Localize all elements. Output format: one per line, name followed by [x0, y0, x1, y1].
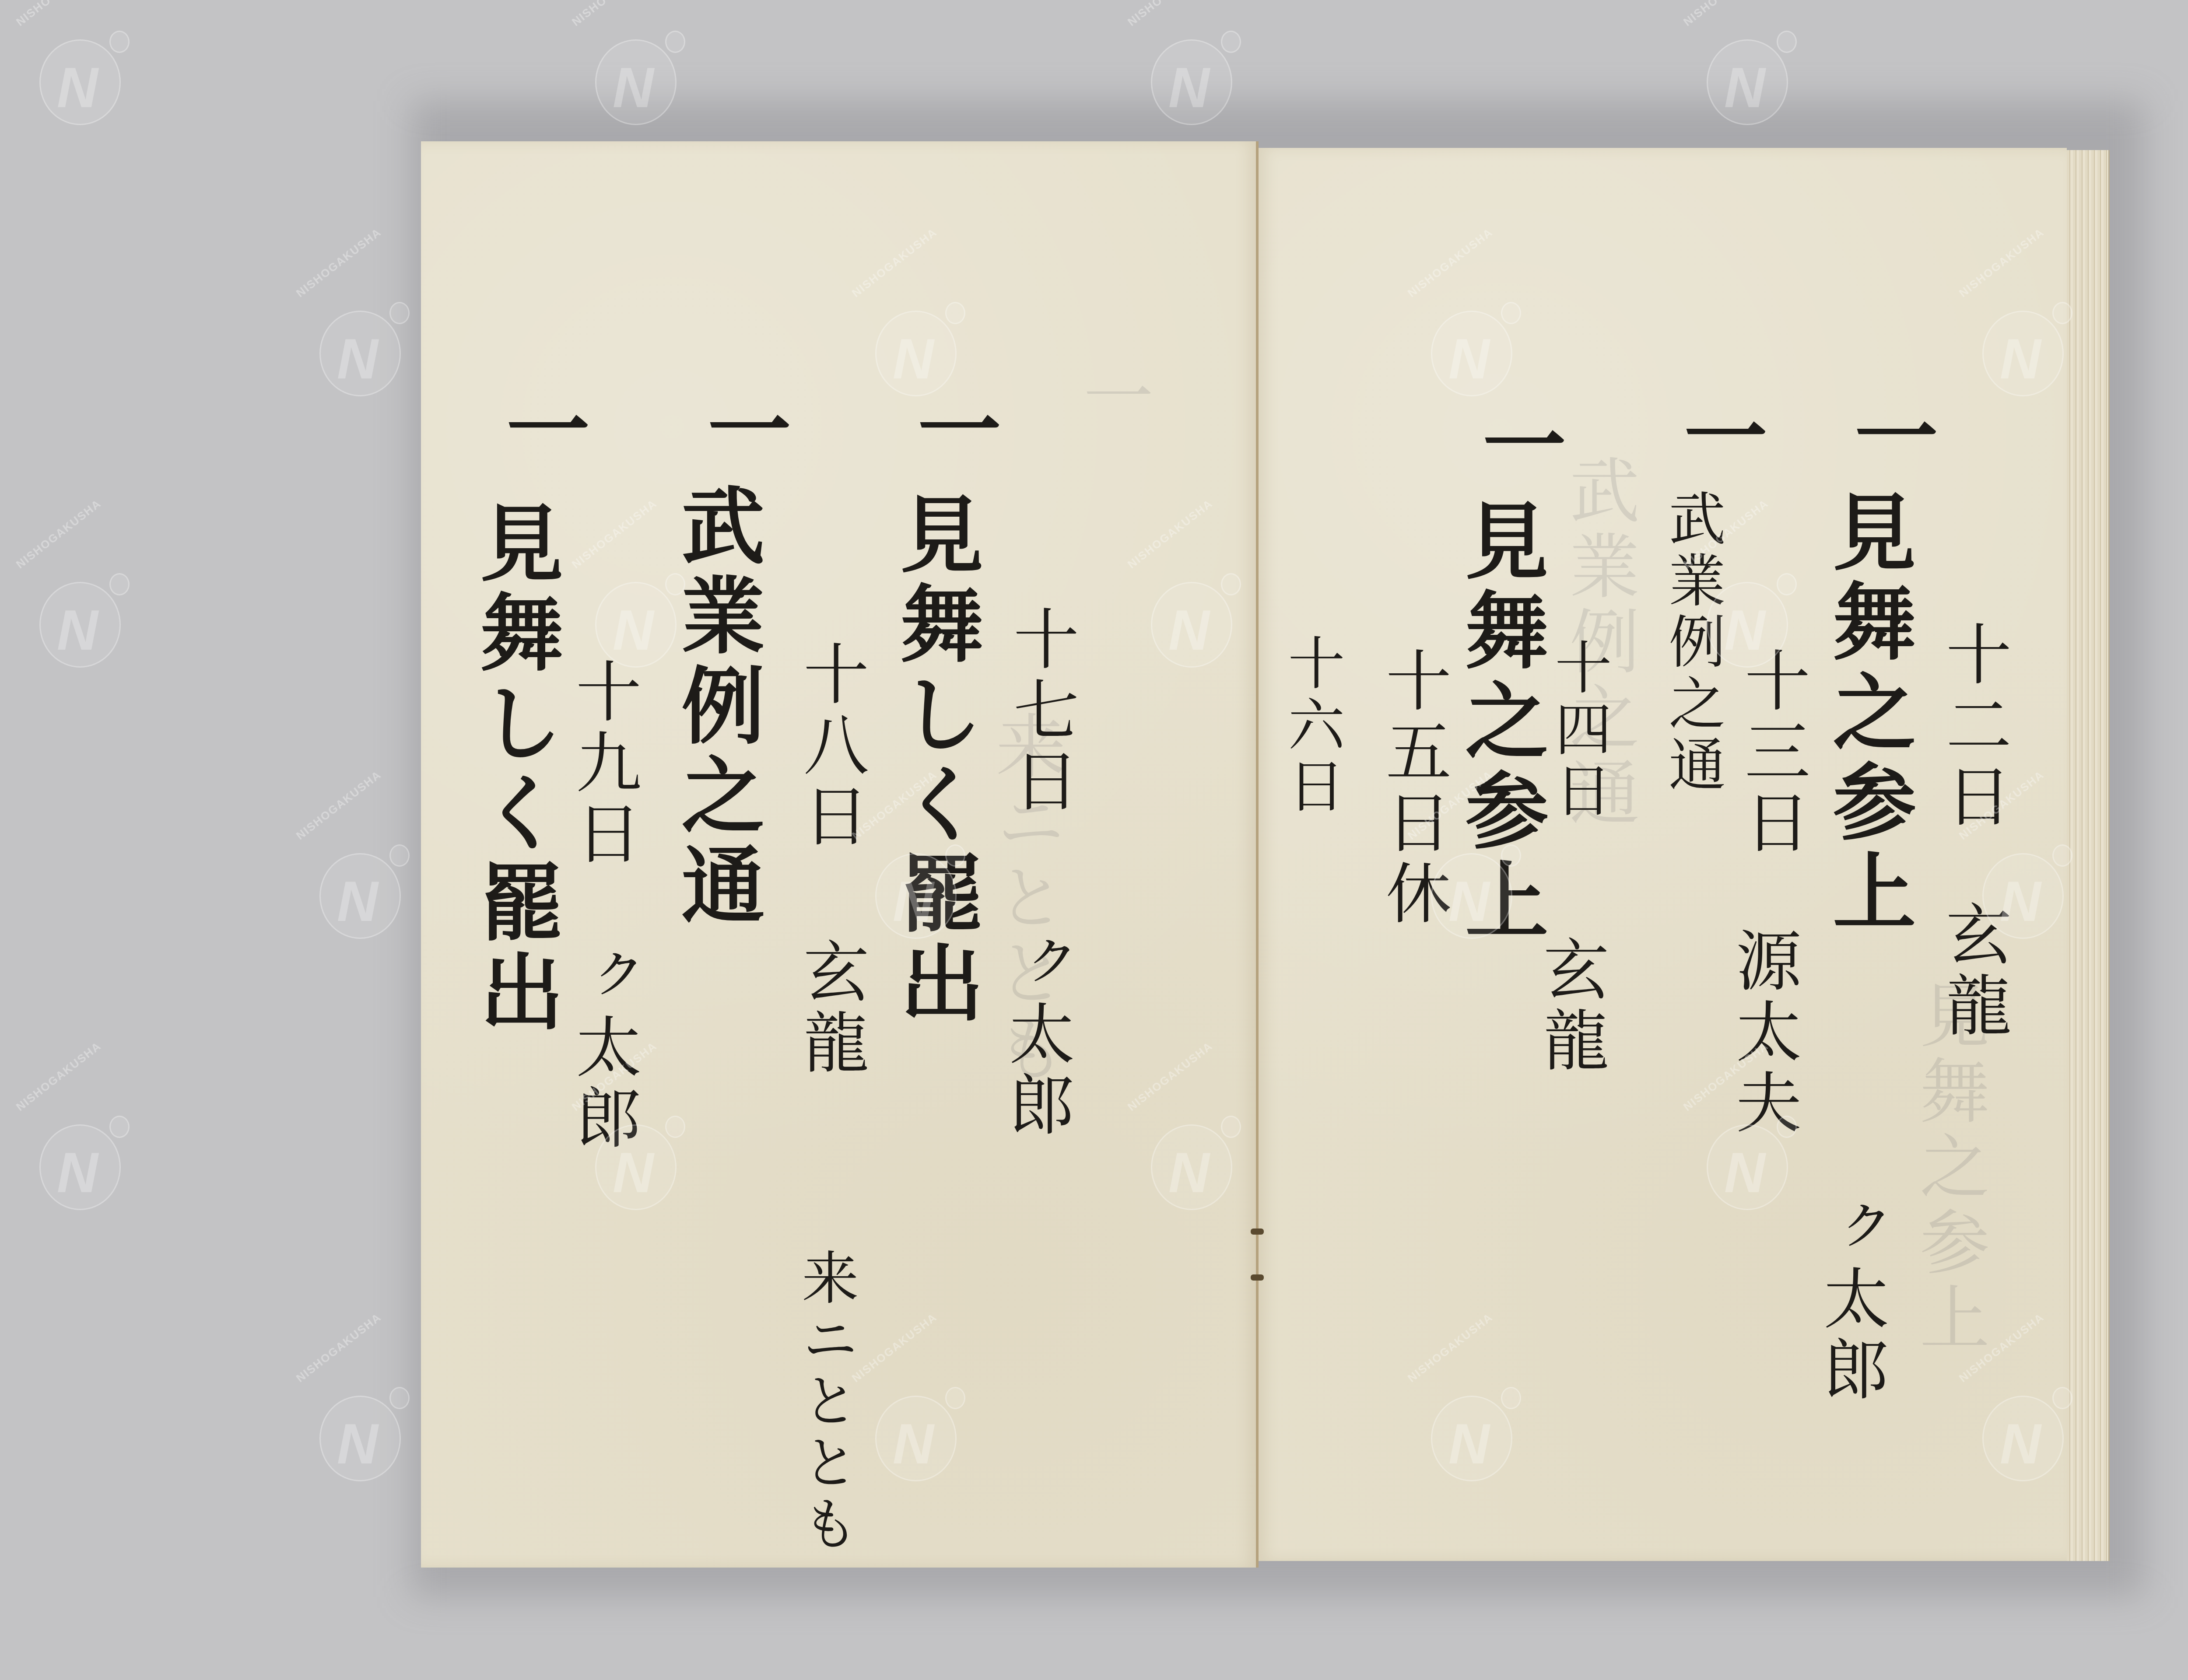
watermark-text: NISHOGAKUSHA [294, 1310, 384, 1385]
watermark-n-icon: N [613, 1144, 654, 1201]
watermark-n-icon: N [57, 602, 98, 658]
watermark-n-icon: N [337, 330, 378, 387]
watermark-logo: N NISHOGAKUSHA [862, 831, 971, 941]
watermark-logo: N NISHOGAKUSHA [1418, 289, 1527, 398]
watermark-n-icon: N [2000, 1415, 2041, 1472]
watermark-logo: N NISHOGAKUSHA [26, 560, 136, 669]
watermark-text: NISHOGAKUSHA [1681, 0, 1771, 29]
watermark-logo: N NISHOGAKUSHA [1138, 1102, 1247, 1212]
watermark-n-icon: N [1724, 602, 1765, 658]
bleed-through-text: 一 [1077, 360, 1147, 436]
watermark-n-icon: N [1448, 873, 1490, 930]
watermark-text: NISHOGAKUSHA [294, 225, 384, 300]
watermark-text: NISHOGAKUSHA [14, 497, 104, 571]
entry-date: 十八日 [797, 640, 863, 853]
watermark-dot-icon [665, 1116, 685, 1138]
right-page: 武業例之通 見舞之参上 十二日 玄龍 一 見舞之参上 十三日 源太夫 ㇰ太郎 一… [1257, 148, 2067, 1561]
watermark-dot-icon [109, 31, 130, 53]
watermark-logo: N NISHOGAKUSHA [306, 289, 416, 398]
watermark-dot-icon [1777, 573, 1797, 595]
watermark-text: NISHOGAKUSHA [569, 0, 659, 29]
watermark-n-icon: N [57, 1144, 98, 1201]
watermark-dot-icon [945, 302, 965, 324]
watermark-logo: N NISHOGAKUSHA [1694, 560, 1803, 669]
entry-text: 武業例之通 [675, 483, 758, 931]
watermark-logo: N NISHOGAKUSHA [306, 1374, 416, 1483]
watermark-text: NISHOGAKUSHA [14, 1039, 104, 1114]
watermark-logo: N NISHOGAKUSHA [582, 1102, 691, 1212]
entry-signature: ㇰ太郎 [1003, 929, 1069, 1141]
watermark-n-icon: N [1724, 1144, 1765, 1201]
entry-signature: ㇰ太郎 [1817, 1193, 1883, 1406]
watermark-text: NISHOGAKUSHA [1125, 0, 1215, 29]
entry-note: 来ニととも [797, 1248, 854, 1555]
watermark-dot-icon [109, 1116, 130, 1138]
watermark-n-icon: N [1448, 1415, 1490, 1472]
watermark-logo: N NISHOGAKUSHA [1969, 289, 2079, 398]
entry-text: 見舞しく罷出 [473, 500, 557, 1039]
watermark-logo: N NISHOGAKUSHA [862, 1374, 971, 1483]
watermark-n-icon: N [1724, 59, 1765, 116]
watermark-n-icon: N [1448, 330, 1490, 387]
binding-gutter [1256, 141, 1259, 1568]
open-book: 一 来ニととも 一 見舞しく罷出 十七日 ㇰ太郎 一 武業例之通 十八日 玄龍 … [421, 141, 2131, 1568]
watermark-logo: N NISHOGAKUSHA [1138, 17, 1247, 127]
watermark-n-icon: N [1168, 602, 1210, 658]
entry-signature: 玄龍 [1537, 935, 1603, 1077]
watermark-dot-icon [665, 573, 685, 595]
watermark-logo: N NISHOGAKUSHA [1418, 831, 1527, 941]
watermark-logo: N NISHOGAKUSHA [582, 17, 691, 127]
left-page: 一 来ニととも 一 見舞しく罷出 十七日 ㇰ太郎 一 武業例之通 十八日 玄龍 … [421, 141, 1257, 1568]
watermark-n-icon: N [337, 873, 378, 930]
entry-text: 見舞しく罷出 [894, 491, 977, 1030]
watermark-dot-icon [2052, 1387, 2072, 1409]
entry-text: 見舞之参上 [1826, 489, 1909, 938]
watermark-n-icon: N [1168, 1144, 1210, 1201]
binding-stitch [1251, 1228, 1264, 1235]
watermark-dot-icon [1501, 302, 1521, 324]
watermark-logo: N NISHOGAKUSHA [862, 289, 971, 398]
watermark-text: NISHOGAKUSHA [294, 768, 384, 843]
watermark-logo: N NISHOGAKUSHA [582, 560, 691, 669]
watermark-logo: N NISHOGAKUSHA [306, 831, 416, 941]
watermark-dot-icon [1221, 31, 1241, 53]
watermark-logo: N NISHOGAKUSHA [1694, 1102, 1803, 1212]
watermark-n-icon: N [893, 330, 934, 387]
watermark-n-icon: N [613, 602, 654, 658]
binding-stitch [1251, 1274, 1264, 1281]
watermark-n-icon: N [1168, 59, 1210, 116]
watermark-dot-icon [389, 1387, 410, 1409]
watermark-logo: N NISHOGAKUSHA [26, 1102, 136, 1212]
watermark-dot-icon [665, 31, 685, 53]
entry-date: 十九日 [570, 658, 635, 870]
watermark-n-icon: N [893, 1415, 934, 1472]
watermark-logo: N NISHOGAKUSHA [1969, 1374, 2079, 1483]
watermark-n-icon: N [337, 1415, 378, 1472]
scan-stage: 一 来ニととも 一 見舞しく罷出 十七日 ㇰ太郎 一 武業例之通 十八日 玄龍 … [0, 0, 2188, 1680]
entry-date: 十四日 [1550, 638, 1607, 822]
watermark-logo: N NISHOGAKUSHA [1138, 560, 1247, 669]
item-marker: 一 [1848, 393, 1931, 483]
watermark-dot-icon [109, 573, 130, 595]
watermark-dot-icon [1777, 1116, 1797, 1138]
watermark-dot-icon [945, 1387, 965, 1409]
item-marker: 一 [1476, 402, 1559, 491]
watermark-dot-icon [2052, 844, 2072, 867]
watermark-dot-icon [389, 302, 410, 324]
entry-date: 十三日 [1739, 647, 1804, 859]
watermark-logo: N NISHOGAKUSHA [1694, 17, 1803, 127]
entry-date: 十六日 [1283, 633, 1340, 818]
item-marker: 一 [701, 386, 784, 476]
watermark-dot-icon [1221, 1116, 1241, 1138]
watermark-logo: N NISHOGAKUSHA [1969, 831, 2079, 941]
watermark-n-icon: N [2000, 873, 2041, 930]
watermark-dot-icon [2052, 302, 2072, 324]
entry-date: 十七日 [1007, 605, 1073, 818]
watermark-n-icon: N [613, 59, 654, 116]
watermark-dot-icon [1501, 1387, 1521, 1409]
watermark-logo: N NISHOGAKUSHA [1418, 1374, 1527, 1483]
item-marker: 一 [911, 386, 994, 476]
watermark-dot-icon [389, 844, 410, 867]
item-marker: 一 [1677, 393, 1760, 483]
watermark-text: NISHOGAKUSHA [14, 0, 104, 29]
entry-signature: 玄龍 [797, 938, 863, 1079]
watermark-n-icon: N [57, 59, 98, 116]
watermark-logo: N NISHOGAKUSHA [26, 17, 136, 127]
watermark-n-icon: N [893, 873, 934, 930]
watermark-dot-icon [945, 844, 965, 867]
item-marker: 一 [500, 386, 583, 476]
watermark-dot-icon [1777, 31, 1797, 53]
watermark-n-icon: N [2000, 330, 2041, 387]
watermark-dot-icon [1221, 573, 1241, 595]
watermark-dot-icon [1501, 844, 1521, 867]
